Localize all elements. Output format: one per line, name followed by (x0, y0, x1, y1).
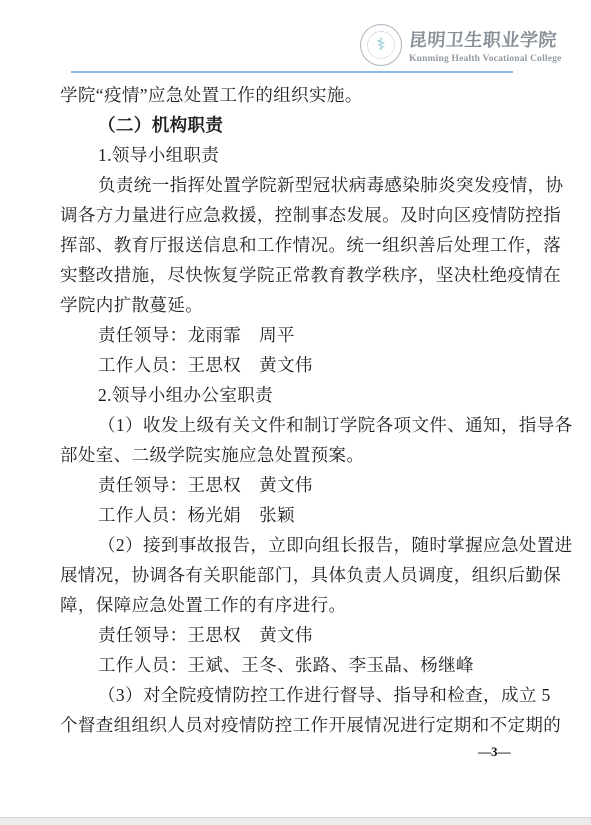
text-line: 责任领导：龙雨霏 周平 (60, 320, 532, 350)
text-line: 工作人员：王斌、王冬、张路、李玉晶、杨继峰 (60, 650, 532, 680)
document-page: ⚕ 昆明卫生职业学院 Kunming Health Vocational Col… (0, 0, 591, 825)
text-line: 展情况，协调各有关职能部门，具体负责人员调度，组织后勤保 (60, 560, 532, 590)
text-line: 工作人员：杨光娟 张颖 (60, 500, 532, 530)
text-line: 负责统一指挥处置学院新型冠状病毒感染肺炎突发疫情，协 (60, 170, 532, 200)
text-line: 调各方力量进行应急救援，控制事态发展。及时向区疫情防控指 (60, 200, 532, 230)
text-line: （2）接到事故报告，立即向组长报告，随时掌握应急处置进 (60, 530, 532, 560)
header-divider-line (71, 71, 513, 73)
college-seal-logo: ⚕ (360, 24, 402, 66)
college-name-english: Kunming Health Vocational College (409, 54, 562, 64)
text-line: 工作人员：王思权 黄文伟 (60, 350, 532, 380)
seal-inner-ring: ⚕ (367, 31, 395, 59)
text-line: 部处室、二级学院实施应急处置预案。 (60, 440, 532, 470)
text-line: 挥部、教育厅报送信息和工作情况。统一组织善后处理工作，落 (60, 230, 532, 260)
text-line: 实整改措施，尽快恢复学院正常教育教学秩序，坚决杜绝疫情在 (60, 260, 532, 290)
text-line: 责任领导：王思权 黄文伟 (60, 620, 532, 650)
document-body: 学院“疫情”应急处置工作的组织实施。（二）机构职责1.领导小组职责负责统一指挥处… (60, 80, 532, 740)
text-line: 1.领导小组职责 (60, 140, 532, 170)
text-line: 障，保障应急处置工作的有序进行。 (60, 590, 532, 620)
text-line: 责任领导：王思权 黄文伟 (60, 470, 532, 500)
text-line: （3）对全院疫情防控工作进行督导、指导和检查，成立 5 (60, 680, 532, 710)
text-line: 个督查组组织人员对疫情防控工作开展情况进行定期和不定期的 (60, 710, 532, 740)
caduceus-icon: ⚕ (376, 37, 385, 54)
text-line: （1）收发上级有关文件和制订学院各项文件、通知，指导各 (60, 410, 532, 440)
college-name-chinese: 昆明卫生职业学院 (408, 26, 562, 52)
text-line: 学院内扩散蔓延。 (60, 290, 532, 320)
page-header: ⚕ 昆明卫生职业学院 Kunming Health Vocational Col… (360, 24, 562, 66)
text-line: 2.领导小组办公室职责 (60, 380, 532, 410)
text-line: （二）机构职责 (60, 110, 532, 140)
text-line: 学院“疫情”应急处置工作的组织实施。 (60, 80, 532, 110)
viewer-bottom-edge (0, 817, 591, 825)
college-titles: 昆明卫生职业学院 Kunming Health Vocational Colle… (409, 26, 562, 64)
page-number: —3— (478, 744, 511, 760)
